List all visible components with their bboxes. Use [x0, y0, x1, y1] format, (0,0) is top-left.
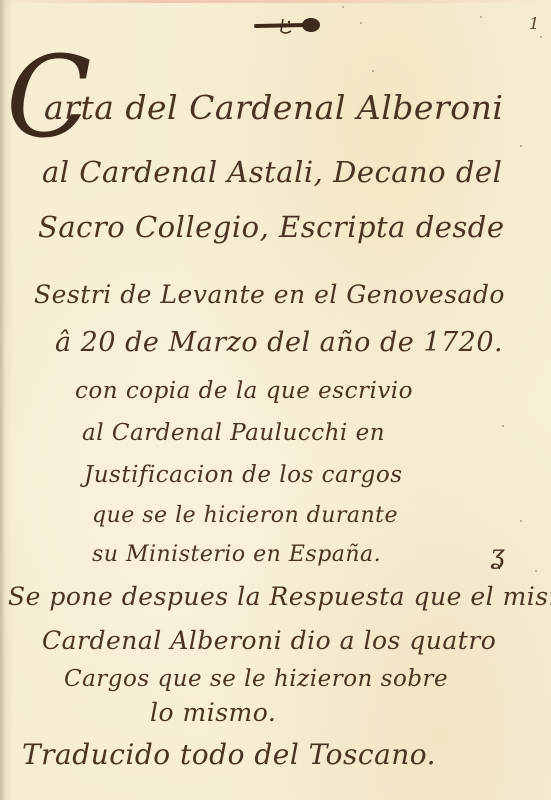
title-line-2-text: al Cardenal Astali, Decano del [42, 155, 502, 189]
paper-speck [502, 425, 504, 427]
closing-line: Traducido todo del Toscano. [22, 738, 436, 771]
subtitle-line-1-text: con copia de la que escrivio [75, 378, 413, 404]
paper-speck [535, 570, 537, 572]
paper-speck [342, 6, 344, 8]
second-part-line-2-text: Cardenal Alberoni dio a los quatro [42, 626, 496, 655]
second-part-line-1: Se pone despues la Respuesta que el mism… [8, 582, 551, 611]
second-part-line-4-text: lo mismo. [150, 698, 276, 727]
title-line-4-text: Sestri de Levante en el Genovesado [34, 280, 505, 309]
paper-speck [540, 36, 542, 38]
title-line-3-text: Sacro Collegio, Escripta desde [38, 210, 505, 244]
subtitle-line-3: Justificacion de los cargos [84, 462, 403, 488]
title-line-3: Sacro Collegio, Escripta desde [38, 210, 505, 244]
subtitle-line-2-text: al Cardenal Paulucchi en [82, 420, 385, 446]
subtitle-line-4: que se le hicieron durante [92, 503, 398, 528]
closing-line-text: Traducido todo del Toscano. [22, 738, 436, 771]
title-line-5-text: â 20 de Marzo del año de 1720. [55, 327, 503, 358]
paper-speck [360, 22, 362, 24]
second-part-line-3: Cargos que se le hizieron sobre [64, 666, 448, 692]
margin-flourish: ʓ [490, 540, 505, 570]
paper-speck [480, 16, 482, 18]
title-line-5: â 20 de Marzo del año de 1720. [55, 327, 503, 358]
paper-speck [372, 70, 374, 72]
paper-speck [520, 520, 522, 522]
folio-number: 1 [529, 14, 539, 33]
subtitle-line-4-text: que se le hicieron durante [92, 503, 398, 528]
title-line-4: Sestri de Levante en el Genovesado [34, 280, 505, 309]
second-part-line-1-text: Se pone despues la Respuesta que el mism… [8, 582, 551, 611]
title-line-1: arta del Cardenal Alberoni [38, 88, 503, 127]
title-line-1-text: arta del Cardenal Alberoni [38, 88, 503, 127]
second-part-line-2: Cardenal Alberoni dio a los quatro [42, 626, 496, 655]
subtitle-line-1: con copia de la que escrivio [75, 378, 413, 404]
header-cross-mark-icon [253, 16, 323, 36]
paper-speck [520, 145, 522, 147]
page-binding-edge [0, 0, 5, 800]
subtitle-line-2: al Cardenal Paulucchi en [82, 420, 385, 446]
subtitle-line-5-text: su Ministerio en España. [92, 542, 381, 567]
subtitle-line-3-text: Justificacion de los cargos [84, 462, 403, 488]
manuscript-page: 1 C arta del Cardenal Alberoni al Carden… [0, 0, 551, 800]
second-part-line-4: lo mismo. [150, 698, 276, 727]
subtitle-line-5: su Ministerio en España. [92, 542, 381, 567]
title-line-2: al Cardenal Astali, Decano del [42, 155, 502, 189]
page-top-edge [0, 0, 551, 3]
second-part-line-3-text: Cargos que se le hizieron sobre [64, 666, 448, 692]
